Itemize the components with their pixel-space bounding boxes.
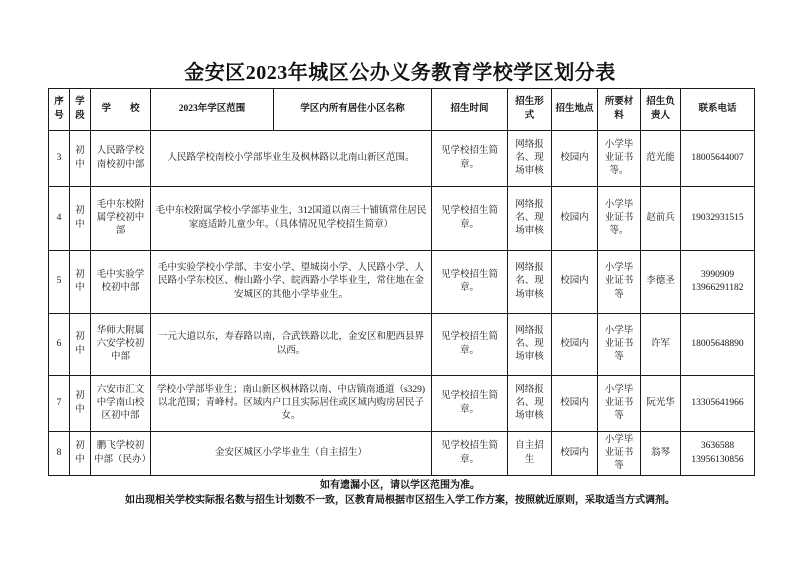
cell-person: 赵前兵 bbox=[641, 187, 681, 251]
cell-person: 阮光华 bbox=[641, 376, 681, 432]
cell-no: 5 bbox=[49, 251, 70, 314]
cell-school: 六安市汇文中学南山校区初中部 bbox=[91, 376, 151, 432]
cell-place: 校园内 bbox=[552, 187, 598, 251]
footnotes: 如有遗漏小区，请以学区范围为准。 如出现相关学校实际报名数与招生计划数不一致，区… bbox=[0, 479, 800, 508]
table-row: 4 初中 毛中东校附属学校初中部 毛中东校附属学校小学部毕业生，312国道以南三… bbox=[49, 187, 755, 251]
cell-materials: 小学毕业证书等。 bbox=[598, 187, 641, 251]
table-row: 6 初中 华师大附属六安学校初中部 一元大道以东，寿春路以南，合武铁路以北，金安… bbox=[49, 314, 755, 376]
cell-phone: 18005644007 bbox=[681, 131, 755, 187]
footnote-line-1: 如有遗漏小区，请以学区范围为准。 bbox=[0, 479, 800, 494]
cell-place: 校园内 bbox=[552, 314, 598, 376]
cell-form: 网络报名、现场审核 bbox=[508, 251, 552, 314]
cell-time: 见学校招生简章。 bbox=[432, 314, 508, 376]
cell-stage: 初中 bbox=[70, 314, 91, 376]
cell-phone: 19032931515 bbox=[681, 187, 755, 251]
table-row: 8 初中 鹏飞学校初中部（民办） 金安区城区小学毕业生（自主招生） 见学校招生简… bbox=[49, 432, 755, 476]
cell-range: 毛中东校附属学校小学部毕业生，312国道以南三十铺镇常住居民家庭适龄儿童少年。（… bbox=[151, 187, 432, 251]
header-cell-range: 2023年学区范围 bbox=[151, 89, 274, 131]
header-row: 序号 学段 学 校 2023年学区范围 学区内所有居住小区名称 招生时间 招生形… bbox=[49, 89, 755, 131]
header-cell-materials: 所要材料 bbox=[598, 89, 641, 131]
cell-person: 翁琴 bbox=[641, 432, 681, 476]
cell-form: 网络报名、现场审核 bbox=[508, 314, 552, 376]
cell-phone: 3636588 13956130856 bbox=[681, 432, 755, 476]
cell-school: 人民路学校南校初中部 bbox=[91, 131, 151, 187]
cell-materials: 小学毕业证书等 bbox=[598, 251, 641, 314]
header-cell-stage: 学段 bbox=[70, 89, 91, 131]
cell-phone: 3990909 13966291182 bbox=[681, 251, 755, 314]
cell-no: 3 bbox=[49, 131, 70, 187]
cell-materials: 小学毕业证书等 bbox=[598, 314, 641, 376]
cell-school: 鹏飞学校初中部（民办） bbox=[91, 432, 151, 476]
cell-stage: 初中 bbox=[70, 131, 91, 187]
cell-time: 见学校招生简章。 bbox=[432, 251, 508, 314]
cell-school: 毛中东校附属学校初中部 bbox=[91, 187, 151, 251]
cell-school: 毛中实验学校初中部 bbox=[91, 251, 151, 314]
cell-no: 6 bbox=[49, 314, 70, 376]
cell-place: 校园内 bbox=[552, 376, 598, 432]
cell-stage: 初中 bbox=[70, 251, 91, 314]
document-page: 金安区2023年城区公办义务教育学校学区划分表 序号 学段 学 校 2023年学… bbox=[0, 0, 800, 565]
table-row: 7 初中 六安市汇文中学南山校区初中部 学校小学部毕业生；南山新区枫林路以南、中… bbox=[49, 376, 755, 432]
cell-range: 金安区城区小学毕业生（自主招生） bbox=[151, 432, 432, 476]
cell-person: 许军 bbox=[641, 314, 681, 376]
cell-range: 毛中实验学校小学部、丰安小学、望城岗小学、人民路小学、人民路小学东校区、梅山路小… bbox=[151, 251, 432, 314]
cell-materials: 小学毕业证书等 bbox=[598, 376, 641, 432]
cell-form: 网络报名、现场审核 bbox=[508, 376, 552, 432]
header-cell-person: 招生负责人 bbox=[641, 89, 681, 131]
table-row: 5 初中 毛中实验学校初中部 毛中实验学校小学部、丰安小学、望城岗小学、人民路小… bbox=[49, 251, 755, 314]
cell-person: 范光能 bbox=[641, 131, 681, 187]
cell-no: 4 bbox=[49, 187, 70, 251]
cell-time: 见学校招生简章。 bbox=[432, 131, 508, 187]
cell-materials: 小学毕业证书等。 bbox=[598, 131, 641, 187]
header-cell-place: 招生地点 bbox=[552, 89, 598, 131]
cell-stage: 初中 bbox=[70, 376, 91, 432]
cell-phone: 13305641966 bbox=[681, 376, 755, 432]
cell-time: 见学校招生简章。 bbox=[432, 432, 508, 476]
cell-place: 校园内 bbox=[552, 432, 598, 476]
header-cell-phone: 联系电话 bbox=[681, 89, 755, 131]
cell-form: 网络报名、现场审核 bbox=[508, 131, 552, 187]
cell-place: 校园内 bbox=[552, 131, 598, 187]
cell-no: 7 bbox=[49, 376, 70, 432]
cell-time: 见学校招生简章。 bbox=[432, 187, 508, 251]
cell-person: 李德圣 bbox=[641, 251, 681, 314]
cell-range: 一元大道以东，寿春路以南，合武铁路以北，金安区和肥西县界以西。 bbox=[151, 314, 432, 376]
header-cell-communities: 学区内所有居住小区名称 bbox=[274, 89, 432, 131]
cell-materials: 小学毕业证书等 bbox=[598, 432, 641, 476]
cell-stage: 初中 bbox=[70, 432, 91, 476]
cell-range: 学校小学部毕业生；南山新区枫林路以南、中店镇南通道（s329)以北范围；青峰村。… bbox=[151, 376, 432, 432]
cell-school: 华师大附属六安学校初中部 bbox=[91, 314, 151, 376]
header-cell-school: 学 校 bbox=[91, 89, 151, 131]
cell-stage: 初中 bbox=[70, 187, 91, 251]
page-title: 金安区2023年城区公办义务教育学校学区划分表 bbox=[0, 56, 800, 85]
header-cell-time: 招生时间 bbox=[432, 89, 508, 131]
cell-form: 网络报名、现场审核 bbox=[508, 187, 552, 251]
cell-phone: 18005648890 bbox=[681, 314, 755, 376]
footnote-line-2: 如出现相关学校实际报名数与招生计划数不一致，区教育局根据市区招生入学工作方案，按… bbox=[0, 494, 800, 509]
cell-range: 人民路学校南校小学部毕业生及枫林路以北南山新区范围。 bbox=[151, 131, 432, 187]
school-district-table: 序号 学段 学 校 2023年学区范围 学区内所有居住小区名称 招生时间 招生形… bbox=[48, 88, 755, 476]
cell-no: 8 bbox=[49, 432, 70, 476]
cell-place: 校园内 bbox=[552, 251, 598, 314]
cell-form: 自主招生 bbox=[508, 432, 552, 476]
header-cell-form: 招生形式 bbox=[508, 89, 552, 131]
header-cell-no: 序号 bbox=[49, 89, 70, 131]
cell-time: 见学校招生简章。 bbox=[432, 376, 508, 432]
table-row: 3 初中 人民路学校南校初中部 人民路学校南校小学部毕业生及枫林路以北南山新区范… bbox=[49, 131, 755, 187]
